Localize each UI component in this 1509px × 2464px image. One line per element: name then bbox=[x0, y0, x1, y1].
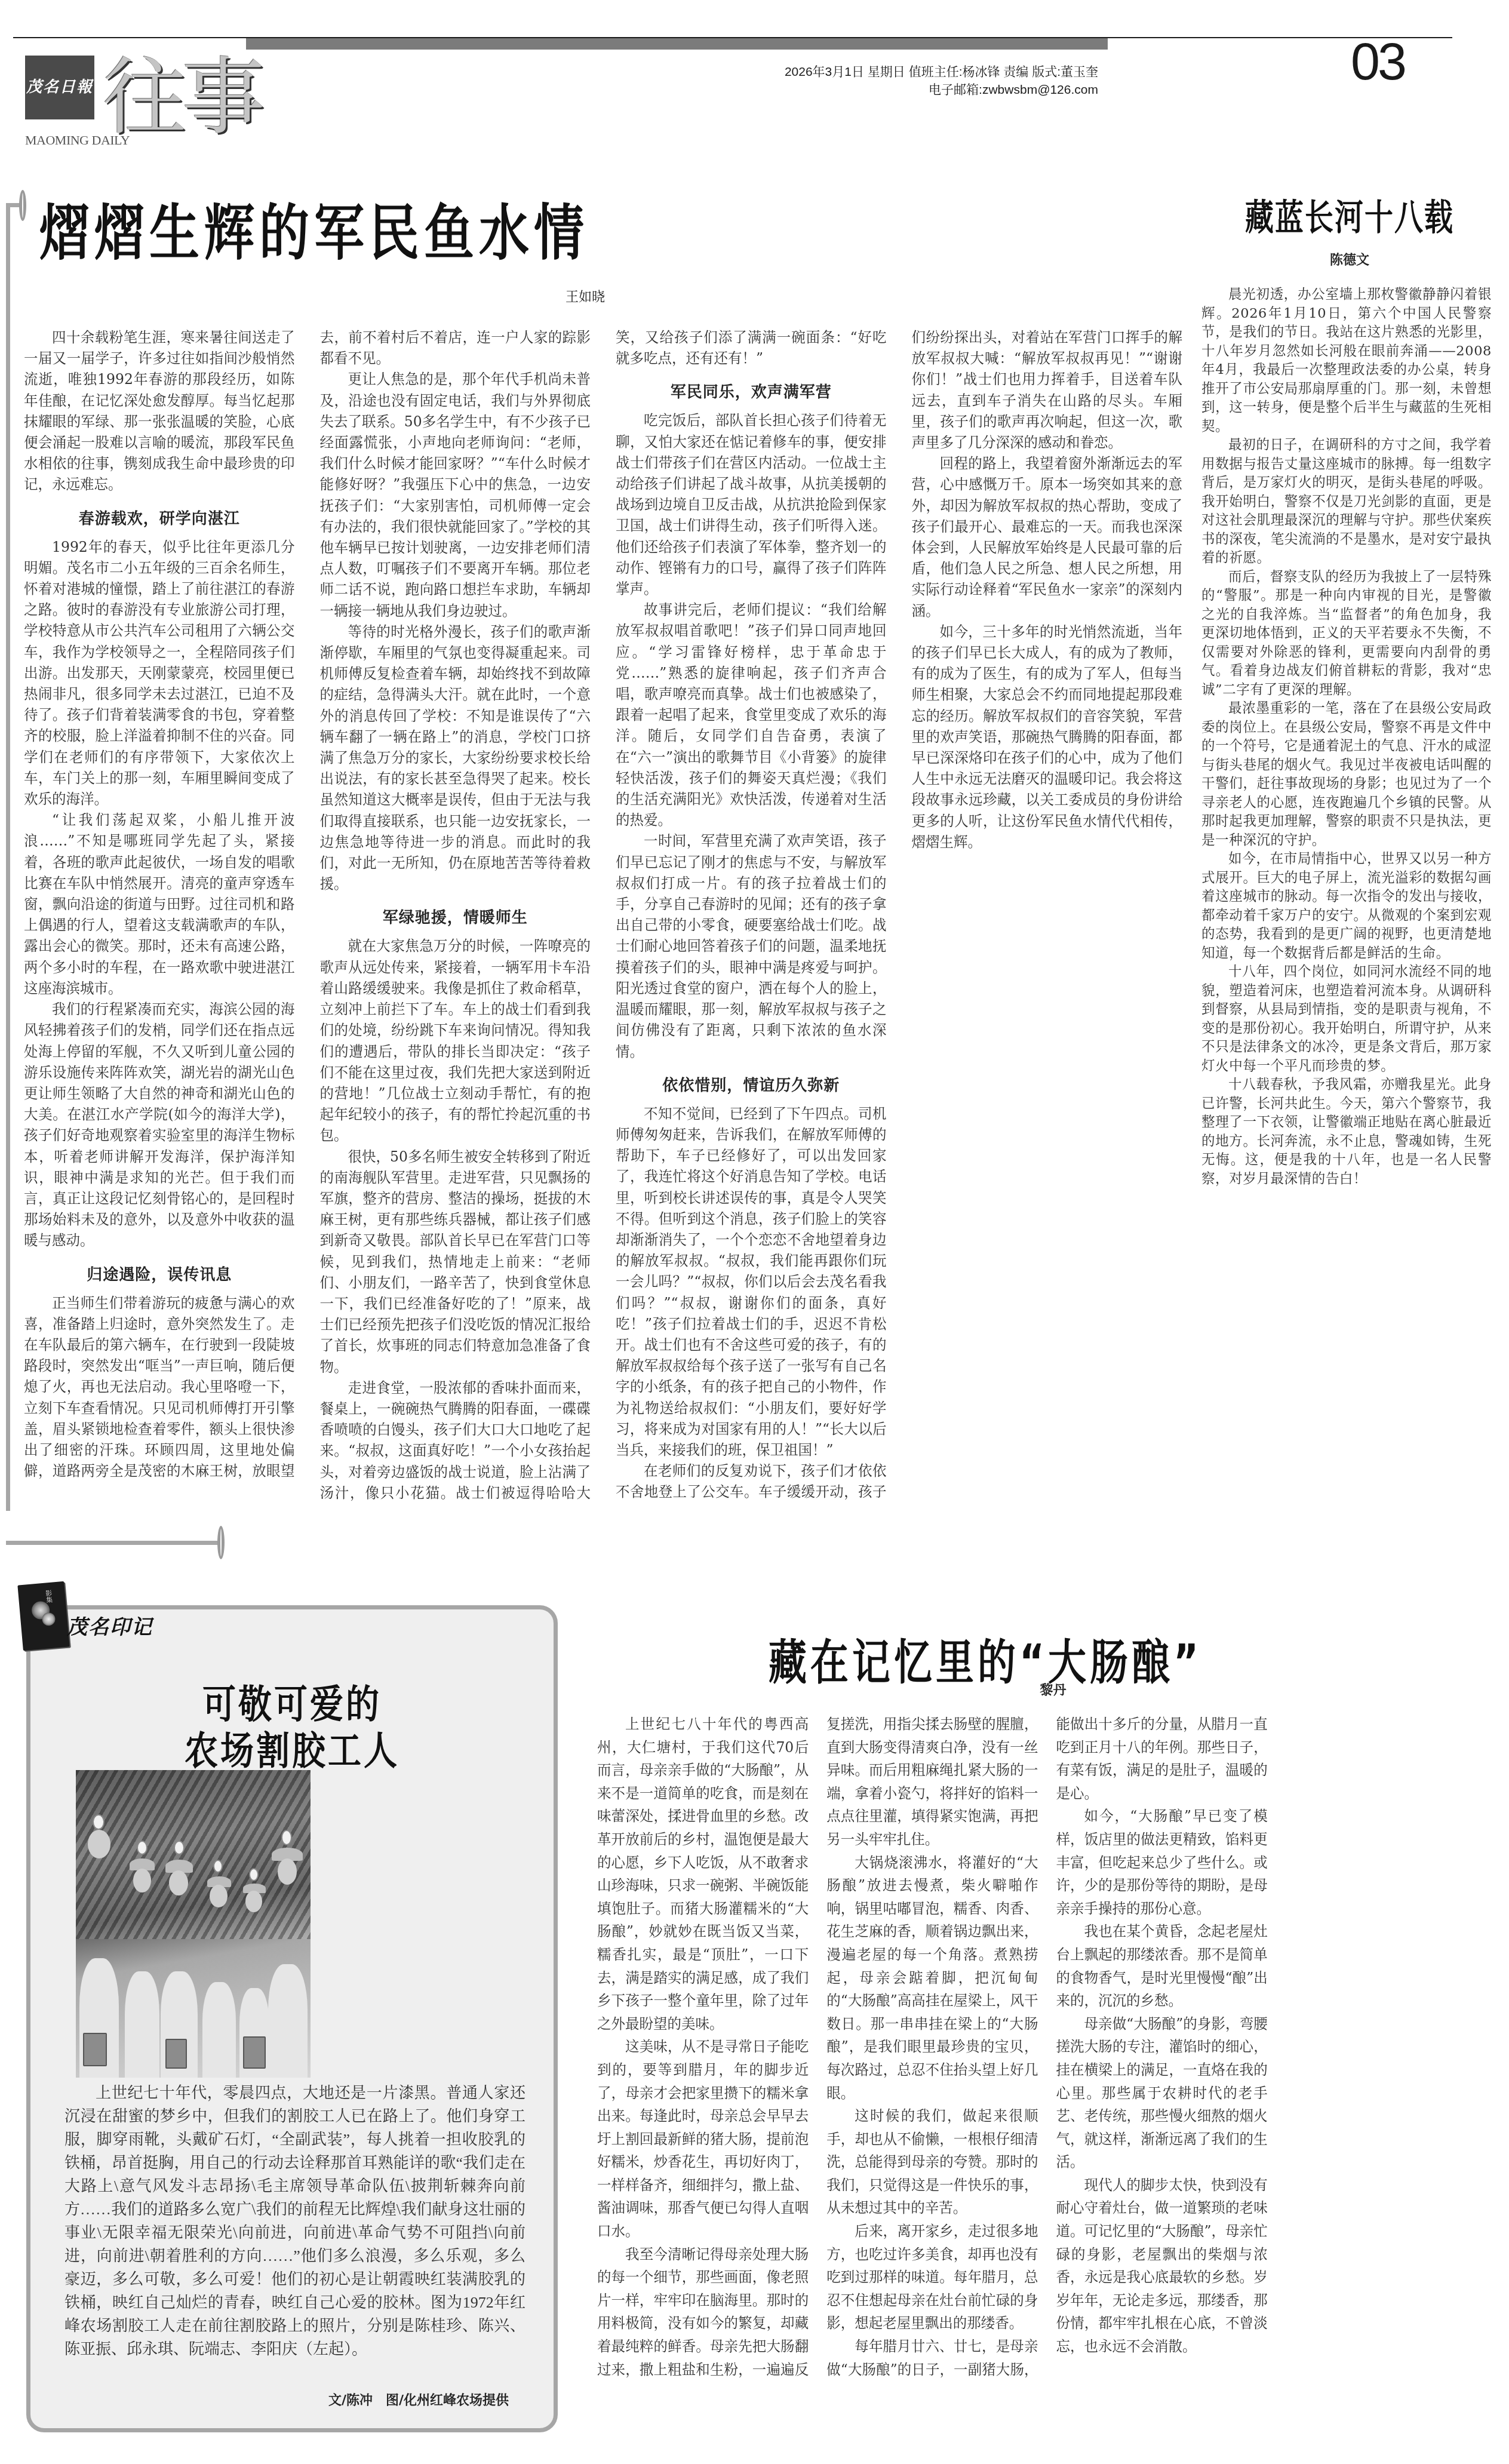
photo-person bbox=[268, 1964, 308, 2078]
paragraph: “让我们荡起双桨，小船儿推开波浪……”不知是哪班同学先起了头，紧接着，各班的歌声… bbox=[24, 810, 295, 999]
paragraph: 如今，“大肠酿”早已变了模样，饭店里的做法更精致，馅料更丰富，但吃起来总少了些什… bbox=[1056, 1805, 1268, 1920]
subheading: 军绿驰援，情暖师生 bbox=[320, 905, 591, 927]
miner-lamp-icon bbox=[213, 1860, 223, 1873]
paragraph: 上世纪七八十年代的粤西高州，大仁塘村，于我们这代70后而言，母亲亲手做的“大肠酿… bbox=[597, 1713, 809, 2035]
subheading: 春游载欢，研学向湛江 bbox=[24, 506, 295, 529]
side-article-body: 晨光初透，办公室墙上那枚警徽静静闪着银辉。2026年1月10日，第六个中国人民警… bbox=[1201, 285, 1492, 1540]
frame-ring-ornament bbox=[217, 1526, 225, 1559]
paragraph: 现代人的脚步太快，快到没有耐心守着灶台，做一道繁琐的老味道。可记忆里的“大肠酿”… bbox=[1056, 2174, 1268, 2358]
photo-person bbox=[202, 1982, 236, 2078]
subheading: 归途遇险，误传讯息 bbox=[24, 1262, 295, 1285]
photo-head bbox=[278, 1858, 297, 1885]
historical-photo bbox=[76, 1770, 311, 2078]
page-number: 03 bbox=[1351, 35, 1404, 88]
side-article-byline: 陈德文 bbox=[1200, 250, 1499, 268]
main-article-byline: 王如晓 bbox=[0, 287, 1170, 305]
paragraph: 最初的日子，在调研科的方寸之间，我学着用数据与报告丈量这座城市的脉搏。每一组数字… bbox=[1201, 436, 1492, 568]
issue-email: 电子邮箱:zwbwsbm@126.com bbox=[785, 82, 1098, 98]
paragraph: 十八年，四个岗位，如同河水流经不同的地貌，塑造着河床，也塑造着河流本身。从调研科… bbox=[1201, 963, 1492, 1076]
paragraph: 十八载春秋，予我风霜，亦赠我星光。此身已许警，长河共此生。今天，第六个警察节，我… bbox=[1201, 1076, 1492, 1188]
paragraph: 更让人焦急的是，那个年代手机尚未普及，沿途也没有固定电话，我们与外界彻底失去了联… bbox=[320, 369, 591, 621]
photo-album-icon: 影集 bbox=[17, 1581, 69, 1651]
main-article-title: 熠熠生辉的军民鱼水情 bbox=[39, 197, 816, 269]
paragraph: 故事讲完后，老师们提议：“我们给解放军叔叔唱首歌吧！”孩子们异口同声地回应。“学… bbox=[616, 600, 887, 831]
paragraph: 母亲做“大肠酿”的身影，弯腰搓洗大肠的专注，灌馅时的细心，挂在横梁上的满足，一直… bbox=[1056, 2013, 1268, 2174]
photo-head bbox=[169, 1870, 188, 1895]
paragraph: 回程的路上，我望着窗外渐渐远去的军营，心中感慨万千。原本一场突如其来的意外，却因… bbox=[912, 453, 1183, 622]
paragraph: 如今，在市局情指中心，世界又以另一种方式展开。巨大的电子屏上，流光溢彩的数据勾画… bbox=[1201, 850, 1492, 963]
paragraph: 这美味，从不是寻常日子能吃到的，要等到腊月，年的脚步近了，母亲才会把家里攒下的糯… bbox=[597, 2035, 809, 2242]
masthead-band bbox=[246, 38, 1108, 50]
paragraph: 晨光初透，办公室墙上那枚警徽静静闪着银辉。2026年1月10日，第六个中国人民警… bbox=[1201, 285, 1492, 436]
photo-head bbox=[133, 1869, 151, 1892]
paragraph: 四十余载粉笔生涯，寒来暑往间送走了一届又一届学子，许多过往如指间沙般悄然流逝，唯… bbox=[24, 327, 295, 496]
album-label: 影集 bbox=[43, 1590, 54, 1603]
subheading: 依依惜别，情谊历久弥新 bbox=[616, 1073, 887, 1095]
photo-person bbox=[125, 1971, 159, 2078]
miner-lamp-icon bbox=[281, 1830, 292, 1845]
latex-bucket-icon bbox=[243, 2036, 266, 2069]
byline-text: 王如晓 bbox=[566, 287, 605, 305]
photo-head bbox=[245, 1891, 262, 1912]
side-article-title: 藏蓝长河十八载 bbox=[1200, 194, 1499, 242]
main-article-body: 四十余载粉笔生涯，寒来暑往间送走了一届又一届学子，许多过往如指间沙般悄然流逝，唯… bbox=[24, 327, 1182, 1516]
paragraph: 我也在某个黄昏，念起老屋灶台上飘起的那缕浓香。那不是简单的食物香气，是时光里慢慢… bbox=[1056, 1920, 1268, 2012]
bottom-article-byline: 黎丹 bbox=[597, 1680, 1509, 1698]
newspaper-logo: 茂名日報 bbox=[25, 56, 94, 119]
paragraph: 上世纪七十年代，零晨四点，大地还是一片漆黑。普通人家还沉浸在甜蜜的梦乡中，但我们… bbox=[64, 2081, 525, 2361]
feature-box-body: 上世纪七十年代，零晨四点，大地还是一片漆黑。普通人家还沉浸在甜蜜的梦乡中，但我们… bbox=[64, 2081, 525, 2361]
miner-lamp-icon bbox=[174, 1841, 185, 1855]
rose-icon bbox=[42, 1612, 56, 1626]
section-title: 往事 bbox=[103, 50, 260, 146]
paragraph: 而后，督察支队的经历为我披上了一层特殊的“警服”。那是一种向内审视的目光，是警徽… bbox=[1201, 568, 1492, 700]
photo-head bbox=[88, 1830, 110, 1858]
photo-head bbox=[210, 1885, 228, 1907]
paragraph: 大锅烧滚沸水，将灌好的“大肠酿”放进去慢煮，柴火噼啪作响，锅里咕嘟冒泡，糯香、肉… bbox=[826, 1851, 1038, 2105]
paragraph: 如今，三十多年的时光悄然流逝，当年的孩子们早已长大成人，有的成为了教师，有的成为… bbox=[912, 622, 1183, 853]
column-name: 茂名印记 bbox=[67, 1611, 153, 1640]
paragraph: 吃完饭后，部队首长担心孩子们待着无聊，又怕大家还在惦记着修车的事，便安排战士们带… bbox=[616, 410, 887, 600]
paragraph: 就在大家焦急万分的时候，一阵嘹亮的歌声从远处传来，紧接着，一辆军用卡车沿着山路缓… bbox=[320, 936, 591, 1146]
feature-credit: 文/陈冲 图/化州红峰农场提供 bbox=[64, 2390, 509, 2408]
subheading: 军民同乐，欢声满军营 bbox=[616, 380, 887, 402]
latex-bucket-icon bbox=[83, 2033, 107, 2066]
bottom-article-body: 上世纪七八十年代的粤西高州，大仁塘村，于我们这代70后而言，母亲亲手做的“大肠酿… bbox=[597, 1713, 1497, 2400]
issue-info: 2026年3月1日 星期日 值班主任:杨冰锋 责编 版式:董玉奎 电子邮箱:zw… bbox=[785, 64, 1098, 98]
issue-date-editors: 2026年3月1日 星期日 值班主任:杨冰锋 责编 版式:董玉奎 bbox=[785, 64, 1098, 80]
paragraph: 很快，50多名师生被安全转移到了附近的南海舰队军营里。走进军营，只见飘扬的军旗，… bbox=[320, 1147, 591, 1378]
paragraph: 等待的时光格外漫长，孩子们的歌声渐渐停歇，车厢里的气氛也变得凝重起来。司机师傅反… bbox=[320, 622, 591, 895]
miner-lamp-icon bbox=[249, 1868, 259, 1881]
article-frame-left bbox=[6, 203, 10, 1511]
paragraph: 最浓墨重彩的一笔，落在了在县级公安局政委的岗位上。在县级公安局，警察不再是文件中… bbox=[1201, 699, 1492, 850]
latex-bucket-icon bbox=[165, 2039, 187, 2069]
miner-lamp-icon bbox=[93, 1814, 105, 1830]
paragraph: 这时候的我们，做起来很顺手，却也从不偷懒，一根根仔细清洗，总能得到母亲的夸赞。那… bbox=[826, 2104, 1038, 2220]
feature-title-line2: 农场割胶工人 bbox=[26, 1721, 558, 1776]
paragraph: 一时间，军营里充满了欢声笑语，孩子们早已忘记了刚才的焦虑与不安，与解放军叔叔们打… bbox=[616, 831, 887, 1062]
paragraph: 我们的行程紧凑而充实，海滨公园的海风轻拂着孩子们的发梢，同学们还在指点远处海上停… bbox=[24, 999, 295, 1251]
paragraph: 后来，离开家乡，走过很多地方，也吃过许多美食，却再也没有吃到过那样的味道。每年腊… bbox=[826, 2220, 1038, 2335]
frame-ring-ornament bbox=[19, 190, 26, 221]
article-frame-bottom bbox=[6, 1541, 221, 1545]
paragraph: 1992年的春天，似乎比往年更添几分明媚。茂名市二小五年级的三百余名师生，怀着对… bbox=[24, 537, 295, 810]
miner-lamp-icon bbox=[137, 1841, 147, 1855]
paragraph: 不知不觉间，已经到了下午四点。司机师傅匆匆赶来，告诉我们，在解放军师傅的帮助下，… bbox=[616, 1104, 887, 1461]
